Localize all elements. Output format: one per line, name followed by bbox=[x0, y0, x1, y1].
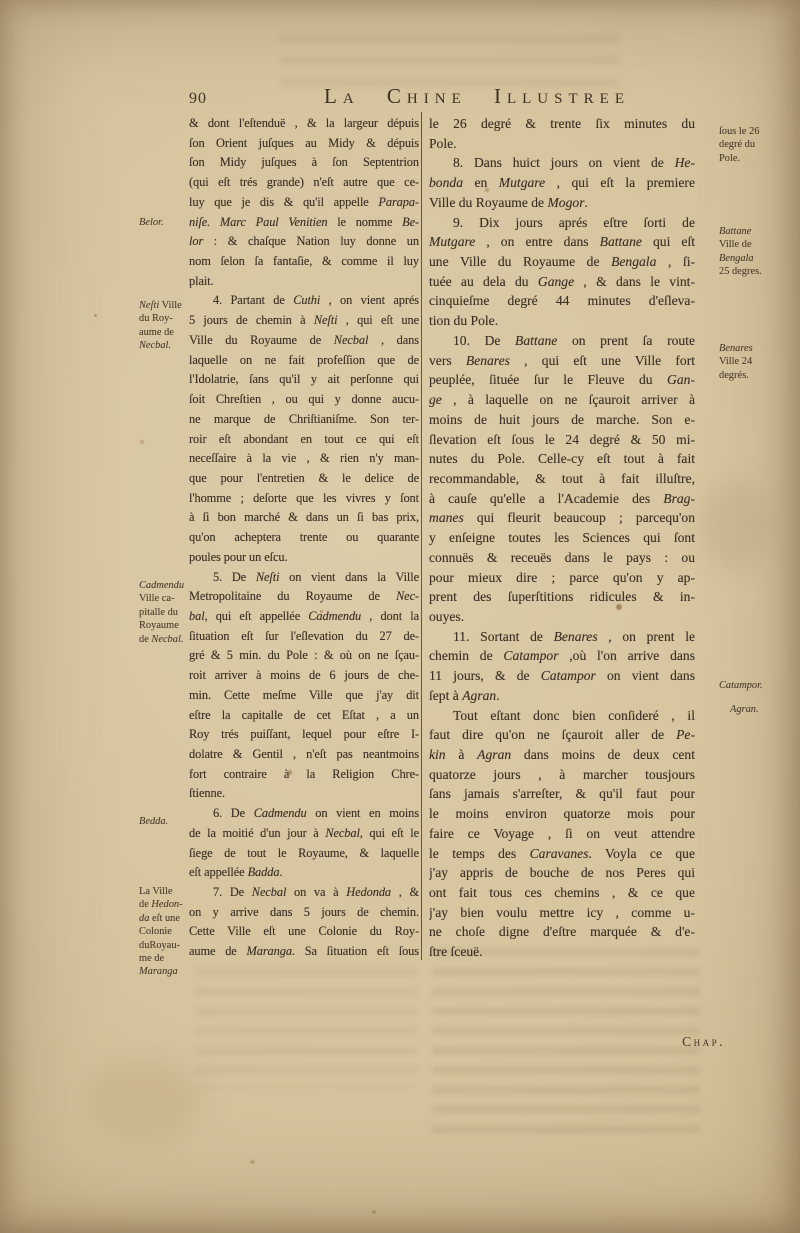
text-line: quatorze jours , à marcher tousjours bbox=[429, 765, 695, 785]
text-line: pitalle du bbox=[139, 606, 193, 619]
right-text-column: le 26 degré & trente ſix minutes duPole.… bbox=[429, 114, 695, 962]
text-line: 6. De Cadmendu on vient en moins bbox=[189, 804, 419, 824]
text-line: degrés. bbox=[719, 369, 785, 382]
text-line: gré & 5 min. du Pole : & où on ne ſçau- bbox=[189, 646, 419, 666]
text-line: 10. De Battane on prent ſa route bbox=[429, 331, 695, 351]
text-line: plait. bbox=[189, 272, 419, 292]
text-line: du Roy- bbox=[139, 312, 193, 325]
margin-note-hedonda: La Villede Hedon-da eſt uneColonieduRoya… bbox=[139, 885, 193, 979]
text-line: nutes du Pole. Celle-cy eſt tout à fait bbox=[429, 449, 695, 469]
text-line: Ville de bbox=[719, 238, 785, 251]
page-stain bbox=[700, 480, 770, 570]
text-line: La Ville bbox=[139, 885, 193, 898]
text-line: aume de bbox=[139, 326, 193, 339]
text-line: de Necbal. bbox=[139, 633, 193, 646]
text-line: Cette Ville eſt une Colonie du Roy- bbox=[189, 922, 419, 942]
text-line: roir eſt abondant en tout ce qui eſt bbox=[189, 430, 419, 450]
page-stain bbox=[90, 1060, 200, 1140]
text-line: 11 jours, & de Catampor on vient dans bbox=[429, 666, 695, 686]
text-line: le temps des Caravanes. Voyla ce que bbox=[429, 844, 695, 864]
text-line: Pole. bbox=[429, 134, 695, 154]
text-line: eſtre la capitalle de cet Eſtat , a un bbox=[189, 706, 419, 726]
text-line: peuplée, ſituée ſur le Fleuve du Gan- bbox=[429, 370, 695, 390]
text-line: Colonie bbox=[139, 925, 193, 938]
text-line: lor : & chaſque Nation luy donne un bbox=[189, 232, 419, 252]
text-line: neceſſaire à la vie , & rien n'y man- bbox=[189, 449, 419, 469]
text-line: faut dire qu'on ne ſçauroit aller de Pe- bbox=[429, 725, 695, 745]
text-line: min. Cette meſme Ville que j'ay dit bbox=[189, 686, 419, 706]
text-line: Bedda. bbox=[139, 815, 193, 828]
text-line: que pour l'entretien & le delice de bbox=[189, 469, 419, 489]
text-line: Cadmendu bbox=[139, 579, 193, 592]
text-line: Agran. bbox=[730, 703, 796, 716]
text-line: cinquieſme degré 44 minutes d'eſleva- bbox=[429, 291, 695, 311]
text-line: roit arriver à moins de 6 jours de che- bbox=[189, 666, 419, 686]
text-line: Bengala bbox=[719, 252, 785, 265]
page-stain bbox=[250, 1160, 255, 1164]
text-line: Ville 24 bbox=[719, 355, 785, 368]
margin-note-belor: Belor. bbox=[139, 216, 193, 229]
text-line: de la moitié d'un jour à Necbal, qui eſt… bbox=[189, 824, 419, 844]
text-line: ne choſe digne d'eſtre marquée & d'e- bbox=[429, 922, 695, 942]
text-line: ouyes. bbox=[429, 607, 695, 627]
text-line: Tout eſtant donc bien conſideré , il bbox=[429, 706, 695, 726]
text-line: ſans jamais s'arreſter, & qu'il faut pou… bbox=[429, 784, 695, 804]
text-line: 9. Dix jours aprés eſtre ſorti de bbox=[429, 213, 695, 233]
text-line: moins de huit jours de marche. Son e- bbox=[429, 410, 695, 430]
text-line: Mutgare , on entre dans Battane qui eſt bbox=[429, 232, 695, 252]
text-line: 5. De Neſti on vient dans la Ville bbox=[189, 568, 419, 588]
text-line: ſituation eſt ſur l'eſlevation du 27 de- bbox=[189, 627, 419, 647]
text-line: aume de Maranga. Sa ſituation eſt ſous bbox=[189, 942, 419, 962]
catchword: Chap. bbox=[640, 1034, 725, 1050]
text-line: bal, qui eſt appellée Cadmendu , dont la bbox=[189, 607, 419, 627]
margin-note-bedda: Bedda. bbox=[139, 815, 193, 828]
text-line: ſlevation eſt ſous le 24 degré & 50 mi- bbox=[429, 430, 695, 450]
text-line: dolatre & Gentil , n'eſt pas neantmoins bbox=[189, 745, 419, 765]
text-line: le 26 degré & trente ſix minutes du bbox=[429, 114, 695, 134]
text-line: Belor. bbox=[139, 216, 193, 229]
book-page: 90 La Chine Illustree & dont l'eſtenduë … bbox=[0, 0, 800, 1233]
text-line: Battane bbox=[719, 225, 785, 238]
margin-note-pole-26: ſous le 26degré duPole. bbox=[719, 125, 785, 165]
text-line: duRoyau- bbox=[139, 939, 193, 952]
margin-note-benares: BenaresVille 24degrés. bbox=[719, 342, 785, 382]
text-line: da eſt une bbox=[139, 912, 193, 925]
text-line: pour mieux dire ; parce qu'on y ap- bbox=[429, 568, 695, 588]
text-line: de Hedon- bbox=[139, 898, 193, 911]
text-line: me de bbox=[139, 952, 193, 965]
text-line: ſon Orient juſques au Midy & dépuis bbox=[189, 134, 419, 154]
text-line: tuée au dela du Gange , & dans le vint- bbox=[429, 272, 695, 292]
text-line: 7. De Necbal on va à Hedonda , & bbox=[189, 883, 419, 903]
text-line: j'ay bien voulu mettre icy , comme u- bbox=[429, 903, 695, 923]
text-line: chemin de Catampor ,où l'on arrive dans bbox=[429, 646, 695, 666]
text-line: connuës & receuës dans le pays : ou bbox=[429, 548, 695, 568]
text-line: Pole. bbox=[719, 152, 785, 165]
margin-note-catampor: Catampor. bbox=[719, 679, 785, 692]
text-line: ont fait tous ces chemins , & ce que bbox=[429, 883, 695, 903]
text-line: recommandable, & tout à fait illuſtre, bbox=[429, 469, 695, 489]
text-line: une Ville du Royaume de Bengala , ſi- bbox=[429, 252, 695, 272]
text-line: ſiege de tout le Royaume, & laquelle bbox=[189, 844, 419, 864]
text-line: Necbal. bbox=[139, 339, 193, 352]
text-line: ge , à laquelle on ne ſçauroit arriver à bbox=[429, 390, 695, 410]
text-line: qu'on acheptera trente ou quarante bbox=[189, 528, 419, 548]
text-line: Catampor. bbox=[719, 679, 785, 692]
text-line: on y arrive dans 5 jours de chemin. bbox=[189, 903, 419, 923]
text-line: nom ſelon ſa fantaſie, & comme il luy bbox=[189, 252, 419, 272]
text-line: ne marque de Chriſtianiſme. Son ter- bbox=[189, 410, 419, 430]
text-line: Royaume bbox=[139, 619, 193, 632]
text-line: laquelle on ne fait profeſſion que de bbox=[189, 351, 419, 371]
left-text-column: & dont l'eſtenduë , & la largeur dépuisſ… bbox=[189, 114, 419, 962]
running-title: La Chine Illustree bbox=[207, 84, 695, 109]
page-stain bbox=[94, 314, 97, 317]
text-line: vers Benares , qui eſt une Ville fort bbox=[429, 351, 695, 371]
text-line: le moins environ quatorze mois pour bbox=[429, 804, 695, 824]
page-stain bbox=[372, 1210, 376, 1214]
text-line: Ville du Royaume de Mogor. bbox=[429, 193, 695, 213]
text-line: ſoit Chreſtien , ou qui y donne aucu- bbox=[189, 390, 419, 410]
text-line: degré du bbox=[719, 138, 785, 151]
text-line: bonda en Mutgare , qui eſt la premiere bbox=[429, 173, 695, 193]
text-line: tion du Pole. bbox=[429, 311, 695, 331]
margin-note-cadmendu: CadmenduVille ca-pitalle duRoyaumede Nec… bbox=[139, 579, 193, 646]
text-line: manes qui fleurit beaucoup ; parcequ'on bbox=[429, 508, 695, 528]
text-line: Neſti Ville bbox=[139, 299, 193, 312]
text-line: ſtienne. bbox=[189, 784, 419, 804]
text-line: 8. Dans huict jours on vient de He- bbox=[429, 153, 695, 173]
text-line: eſt appellée Badda. bbox=[189, 863, 419, 883]
page-stain bbox=[140, 440, 144, 444]
text-line: à ſi bon marché & dans un ſi bas prix, bbox=[189, 508, 419, 528]
page-number: 90 bbox=[189, 90, 207, 108]
text-line: niſe. Marc Paul Venitien le nomme Be- bbox=[189, 213, 419, 233]
text-line: Ville ca- bbox=[139, 592, 193, 605]
text-line: Maranga bbox=[139, 965, 193, 978]
page-header: 90 La Chine Illustree bbox=[189, 84, 695, 109]
text-line: l'Idolatrie, ſans qu'il y ait perſonne q… bbox=[189, 370, 419, 390]
text-line: j'ay appris de bouche de nos Peres qui bbox=[429, 863, 695, 883]
text-line: ſtre ſceuë. bbox=[429, 942, 695, 962]
text-line: ſous le 26 bbox=[719, 125, 785, 138]
text-line: Ville du Royaume de Necbal , dans bbox=[189, 331, 419, 351]
text-line: faire ce Voyage , ſi on veut attendre bbox=[429, 824, 695, 844]
text-line: 25 degres. bbox=[719, 265, 785, 278]
text-line: 11. Sortant de Benares , on prent le bbox=[429, 627, 695, 647]
text-line: 4. Partant de Cuthi , on vient aprés bbox=[189, 291, 419, 311]
text-line: Benares bbox=[719, 342, 785, 355]
column-divider-rule bbox=[421, 112, 422, 960]
text-line: kin à Agran dans moins de deux cent bbox=[429, 745, 695, 765]
text-line: Roy trés puiſſant, lequel pour eſtre I- bbox=[189, 725, 419, 745]
margin-note-agran: Agran. bbox=[730, 703, 796, 716]
text-line: prent des ſuperſtitions ridicules & in- bbox=[429, 587, 695, 607]
margin-note-battane: BattaneVille deBengala25 degres. bbox=[719, 225, 785, 279]
text-line: à cauſe qu'elle a l'Academie des Brag- bbox=[429, 489, 695, 509]
text-line: l'homme ; deſorte que les vivres y ſont bbox=[189, 489, 419, 509]
text-line: Metropolitaine du Royaume de Nec- bbox=[189, 587, 419, 607]
text-line: poules pour un eſcu. bbox=[189, 548, 419, 568]
margin-note-nesti: Neſti Villedu Roy-aume deNecbal. bbox=[139, 299, 193, 353]
text-line: ſon Midy juſques à ſon Septentrion bbox=[189, 153, 419, 173]
text-line: (qui eſt trés grande) n'eſt autre que ce… bbox=[189, 173, 419, 193]
text-line: & dont l'eſtenduë , & la largeur dépuis bbox=[189, 114, 419, 134]
text-line: y enſeigne toutes les Sciences qui ſont bbox=[429, 528, 695, 548]
text-line: luy que je dis & qu'il appelle Parapa- bbox=[189, 193, 419, 213]
text-line: fort contraire à la Religion Chre- bbox=[189, 765, 419, 785]
verso-bleed-through bbox=[195, 968, 417, 1088]
text-line: 5 jours de chemin à Neſti , qui eſt une bbox=[189, 311, 419, 331]
text-line: ſept à Agran. bbox=[429, 686, 695, 706]
